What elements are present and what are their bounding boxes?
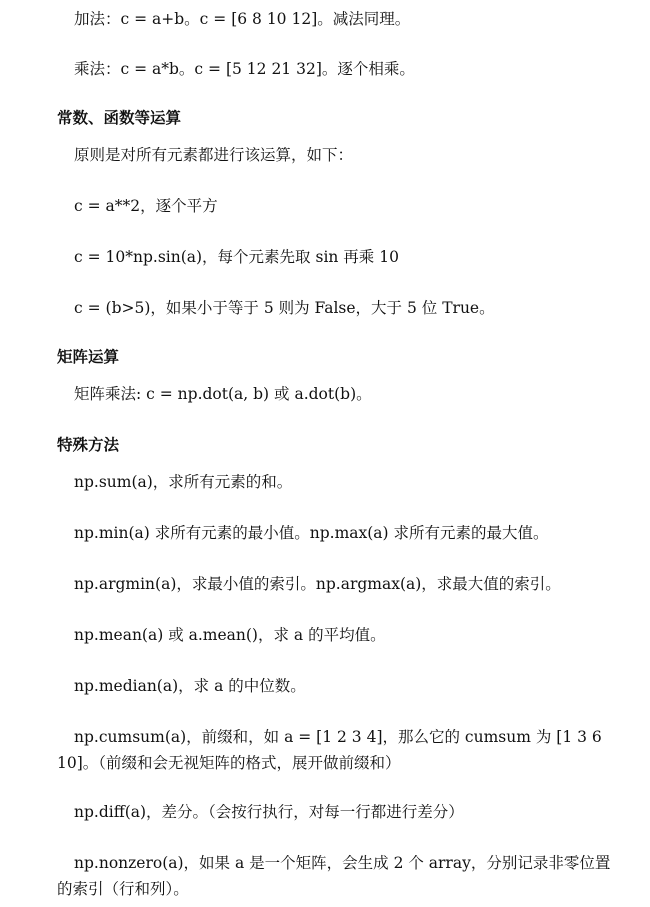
paragraph-multiplication: 乘法：c = a*b。c = [5 12 21 32]。逐个相乘。 [57, 56, 617, 82]
heading-constants-functions: 常数、函数等运算 [57, 107, 181, 129]
paragraph-diff: np.diff(a)，差分。（会按行执行，对每一行都进行差分） [57, 799, 617, 825]
paragraph-mean: np.mean(a) 或 a.mean()，求 a 的平均值。 [57, 622, 617, 648]
paragraph-min-max: np.min(a) 求所有元素的最小值。np.max(a) 求所有元素的最大值。 [57, 520, 617, 546]
paragraph-sin: c = 10*np.sin(a)，每个元素先取 sin 再乘 10 [57, 244, 617, 270]
paragraph-principle: 原则是对所有元素都进行该运算，如下： [57, 142, 617, 168]
paragraph-square: c = a**2，逐个平方 [57, 193, 617, 219]
paragraph-dot: 矩阵乘法: c = np.dot(a, b) 或 a.dot(b)。 [57, 381, 617, 407]
paragraph-compare: c = (b>5)，如果小于等于 5 则为 False，大于 5 位 True。 [57, 295, 617, 321]
paragraph-cumsum: np.cumsum(a)，前缀和，如 a = [1 2 3 4]，那么它的 cu… [57, 724, 617, 776]
paragraph-sum: np.sum(a)，求所有元素的和。 [57, 469, 617, 495]
paragraph-nonzero: np.nonzero(a)，如果 a 是一个矩阵，会生成 2 个 array，分… [57, 850, 617, 902]
paragraph-addition: 加法：c = a+b。c = [6 8 10 12]。减法同理。 [57, 6, 617, 32]
paragraph-median: np.median(a)，求 a 的中位数。 [57, 673, 617, 699]
heading-matrix-ops: 矩阵运算 [57, 346, 119, 368]
paragraph-argmin-argmax: np.argmin(a)，求最小值的索引。np.argmax(a)，求最大值的索… [57, 571, 617, 597]
heading-special-methods: 特殊方法 [57, 434, 119, 456]
